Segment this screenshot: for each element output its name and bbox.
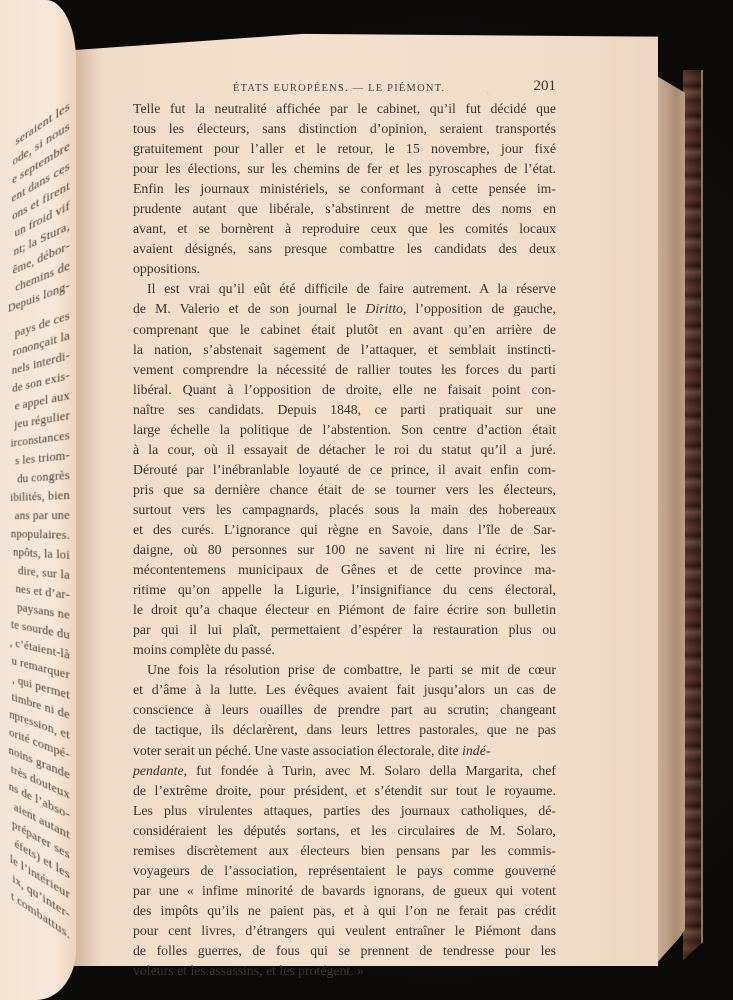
page-block-fore-edge <box>655 75 685 965</box>
text-line: la nation, s’abstenait sagement de l’att… <box>133 340 556 360</box>
text-line: voyageurs de l’association, représentaie… <box>133 861 556 881</box>
text-line: comprenant que le cabinet était plutôt e… <box>133 320 556 340</box>
text-line: pour les élections, sur les chemins de f… <box>133 159 556 179</box>
text-line: voleurs et les assassins, et les protége… <box>133 961 556 981</box>
text-line: remises discrètement aux électeurs bien … <box>133 841 556 861</box>
text-line: avaient désignés, sans presque combattre… <box>133 239 556 259</box>
text-line: naître ses candidats. Depuis 1848, ce pa… <box>133 400 556 420</box>
book-cover-edge <box>683 70 703 960</box>
text-line: Il est vrai qu’il eût été difficile de f… <box>133 279 556 299</box>
text-line: daigne, où 80 personnes sur 100 ne saven… <box>133 540 556 560</box>
text-line: Les plus virulentes attaques, parties de… <box>133 801 556 821</box>
text-line: surtout vers les campagnards, placés sou… <box>133 500 556 520</box>
text-line: des impôts qu’ils ne paient pas, et à qu… <box>133 901 556 921</box>
italic-term: pendante, <box>133 763 187 778</box>
running-head: États européens. — Le Piémont. 201 <box>133 73 556 97</box>
text-line: par qui il lui plaît, permettaient d’esp… <box>133 620 556 640</box>
italic-term: indé- <box>462 743 490 758</box>
text-line: et d’âme à la lutte. Les évêques avaient… <box>133 680 556 700</box>
text-line: ritime qu’on appelle la Ligurie, l’insig… <box>133 580 556 600</box>
left-page-text-fragments: seraient lesode, si nouse septembreent d… <box>0 95 70 945</box>
text-line: le droit qu’a chaque électeur en Piémont… <box>133 600 556 620</box>
text-line: voter serait un péché. Une vaste associa… <box>133 741 556 761</box>
running-head-title: États européens. — Le Piémont. <box>233 79 445 99</box>
text-line: par une « infime minorité de bavards ign… <box>133 881 556 901</box>
text-line: avant, et se bornèrent à reproduire ceux… <box>133 219 556 239</box>
body-text: Telle fut la neutralité affichée par le … <box>133 99 556 981</box>
text-line: large échelle la politique de l’abstenti… <box>133 420 556 440</box>
text-line: de M. Valerio et de son journal le Dirit… <box>133 299 556 319</box>
text-line: de l’extrême droite, pour président, et … <box>133 781 556 801</box>
text-line: tous les électeurs, sans distinction d’o… <box>133 119 556 139</box>
text-line: à la cour, où il essayait de détacher le… <box>133 440 556 460</box>
text-line: prudente autant que libérale, s’abstinre… <box>133 199 556 219</box>
text-line: pour cent livres, d’étrangers qui veulen… <box>133 921 556 941</box>
text-line: conscience à leurs ouailles de prendre p… <box>133 700 556 720</box>
text-line: et des curés. L’ignorance qui règne en S… <box>133 520 556 540</box>
page-number: 201 <box>534 76 557 96</box>
text-line: de tactique, ils déclarèrent, dans leurs… <box>133 720 556 740</box>
text-line: Dérouté par l’inébranlable loyauté de ce… <box>133 460 556 480</box>
text-line: Telle fut la neutralité affichée par le … <box>133 99 556 119</box>
italic-term: Diritto, <box>365 301 406 316</box>
right-page-text: États européens. — Le Piémont. 201 Telle… <box>133 73 556 981</box>
text-line: vement comprendre la nécessité de rallie… <box>133 360 556 380</box>
text-line: mécontentemens municipaux de Gênes et de… <box>133 560 556 580</box>
text-line: oppositions. <box>133 259 556 279</box>
text-line: Enfin les journaux ministériels, se conf… <box>133 179 556 199</box>
left-page-line-fragment: npopulaires. <box>0 524 70 545</box>
text-line: considéraient les députés sortans, et le… <box>133 821 556 841</box>
text-line: pendante, fut fondée à Turin, avec M. So… <box>133 761 556 781</box>
left-page-curl: seraient lesode, si nouse septembreent d… <box>0 0 76 1000</box>
text-line: Une fois la résolution prise de combattr… <box>133 660 556 680</box>
text-line: de folles guerres, de fous qui se prenne… <box>133 941 556 961</box>
text-line: pris que sa dernière chance était de se … <box>133 480 556 500</box>
left-page-line-fragment: ans par une <box>0 505 70 525</box>
text-line: gratuitement pour l’aller et le retour, … <box>133 139 556 159</box>
text-line: libéral. Quant à l’opposition de droite,… <box>133 380 556 400</box>
text-line: moins complète du passé. <box>133 640 556 660</box>
